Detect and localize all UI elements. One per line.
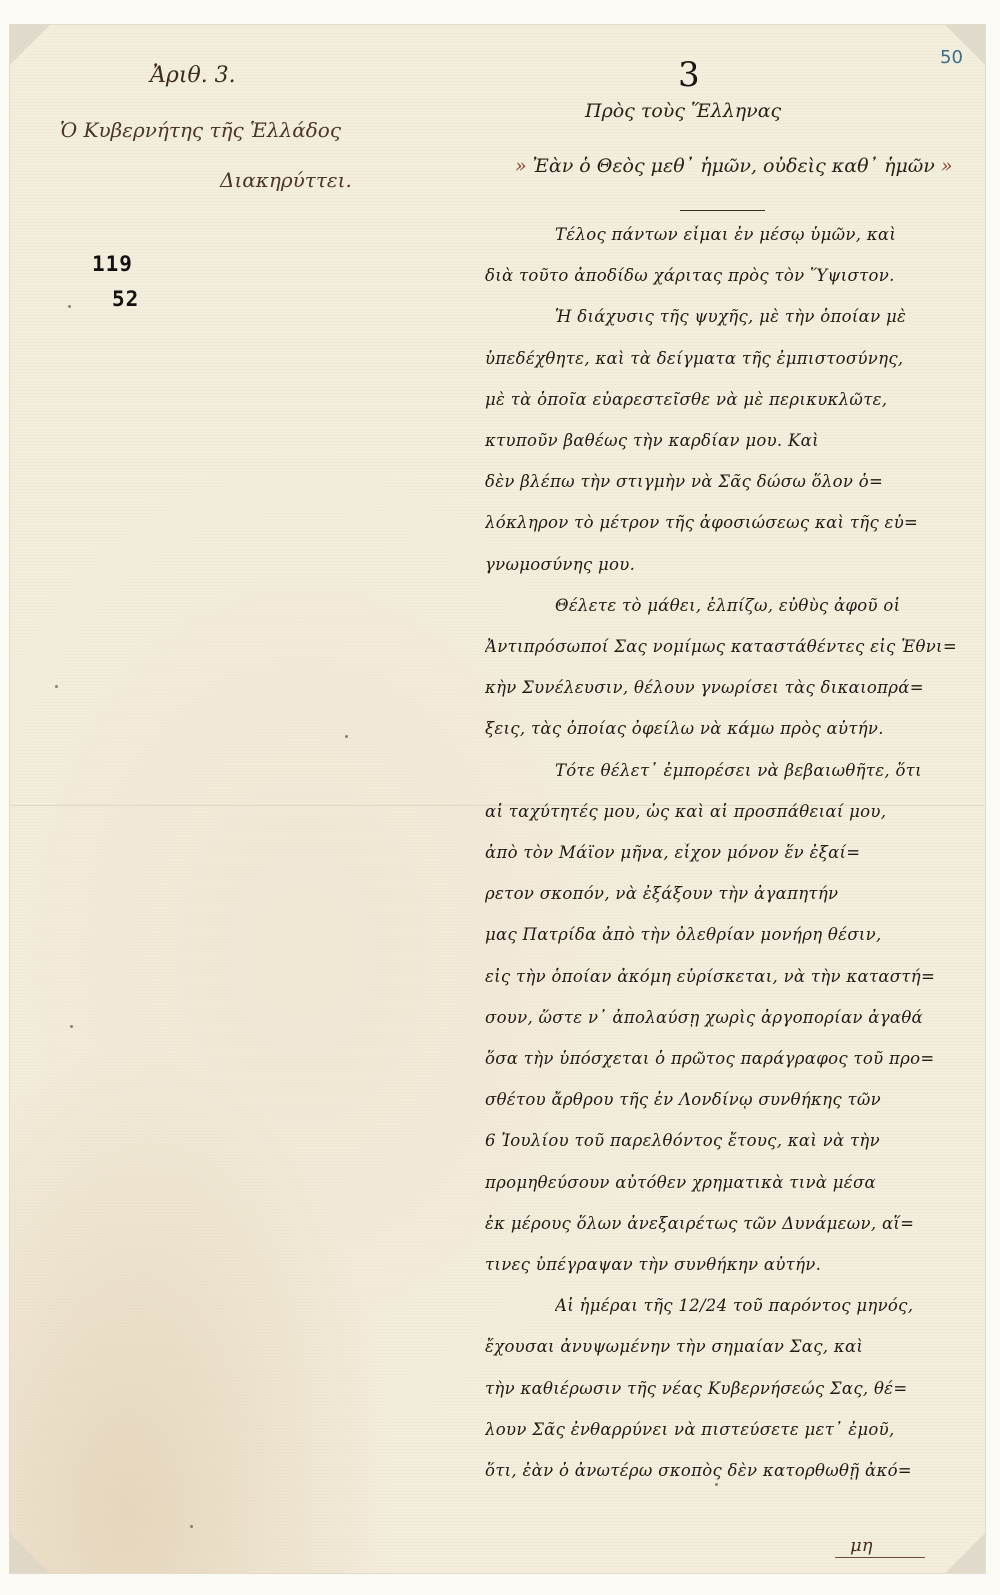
manuscript-line: εἰς τὴν ὁποίαν ἀκόμη εὑρίσκεται, νὰ τὴν … bbox=[485, 967, 965, 986]
manuscript-line: προμηθεύσουν αὐτόθεν χρηματικὰ τινὰ μέσα bbox=[485, 1173, 965, 1192]
manuscript-line: ρετον σκοπόν, νὰ ἐξάξουν τὴν ἀγαπητήν bbox=[485, 884, 965, 903]
manuscript-line: ὑπεδέχθητε, καὶ τὰ δείγματα τῆς ἐμπιστοσ… bbox=[485, 349, 965, 368]
manuscript-line: σουν, ὥστε ν᾽ ἀπολαύσῃ χωρὶς ἀργοπορίαν … bbox=[485, 1008, 965, 1027]
manuscript-line: δὲν βλέπω τὴν στιγμὴν νὰ Σᾶς δώσω ὅλον ὁ… bbox=[485, 472, 965, 491]
ink-speck bbox=[68, 305, 71, 308]
manuscript-scan: Ἀριθ. 3. Ὁ Κυβερνήτης τῆς Ἑλλάδος Διακηρ… bbox=[0, 0, 1000, 1595]
manuscript-line: 6 Ἰουλίου τοῦ παρελθόντος ἔτους, καὶ νὰ … bbox=[485, 1131, 965, 1150]
manuscript-line: ἀπὸ τὸν Μάϊον μῆνα, εἶχον μόνον ἕν ἐξαί= bbox=[485, 843, 965, 862]
manuscript-line: μας Πατρίδα ἀπὸ τὴν ὀλεθρίαν μονήρη θέσι… bbox=[485, 925, 965, 944]
manuscript-line: διὰ τοῦτο ἀποδίδω χάριτας πρὸς τὸν Ὕψιστ… bbox=[485, 266, 965, 285]
manuscript-line: Αἱ ἡμέραι τῆς 12/24 τοῦ παρόντος μηνός, bbox=[555, 1296, 965, 1315]
manuscript-line: Ἀντιπρόσωποί Σας νομίμως καταστάθέντες ε… bbox=[485, 637, 965, 656]
ink-speck bbox=[345, 735, 348, 738]
ink-speck bbox=[715, 1483, 718, 1486]
manuscript-line: κτυποῦν βαθέως τὴν καρδίαν μου. Καὶ bbox=[485, 431, 965, 450]
ink-speck bbox=[70, 1025, 73, 1028]
manuscript-line: μὲ τὰ ὁποῖα εὐαρεστεῖσθε νὰ μὲ περικυκλῶ… bbox=[485, 390, 965, 409]
manuscript-line: Τότε θέλετ᾽ ἐμπορέσει νὰ βεβαιωθῆτε, ὅτι bbox=[555, 761, 965, 780]
ink-speck bbox=[190, 1525, 193, 1528]
manuscript-line: Ἡ διάχυσις τῆς ψυχῆς, μὲ τὴν ὁποίαν μὲ bbox=[555, 307, 965, 326]
ink-speck bbox=[55, 685, 58, 688]
manuscript-line: λόκληρον τὸ μέτρον τῆς ἀφοσιώσεως καὶ τῆ… bbox=[485, 513, 965, 532]
manuscript-line: κὴν Συνέλευσιν, θέλουν γνωρίσει τὰς δικα… bbox=[485, 678, 965, 697]
manuscript-line: αἱ ταχύτητές μου, ὡς καὶ αἱ προσπάθειαί … bbox=[485, 802, 965, 821]
manuscript-line: Τέλος πάντων εἶμαι ἐν μέσῳ ὑμῶν, καὶ bbox=[555, 225, 965, 244]
manuscript-page: Ἀριθ. 3. Ὁ Κυβερνήτης τῆς Ἑλλάδος Διακηρ… bbox=[10, 25, 985, 1573]
manuscript-line: ὅτι, ἐὰν ὁ ἀνωτέρω σκοπὸς δὲν κατορθωθῇ … bbox=[485, 1461, 965, 1480]
manuscript-line: λουν Σᾶς ἐνθαρρύνει νὰ πιστεύσετε μετ᾽ ἐ… bbox=[485, 1420, 965, 1439]
manuscript-line: τινες ὑπέγραψαν τὴν συνθήκην αὐτήν. bbox=[485, 1255, 965, 1274]
catchword-underline bbox=[835, 1557, 925, 1558]
manuscript-line: ξεις, τὰς ὁποίας ὀφείλω νὰ κάμω πρὸς αὐτ… bbox=[485, 719, 965, 738]
manuscript-line: γνωμοσύνης μου. bbox=[485, 555, 965, 574]
manuscript-line: ἔχουσαι ἀνυψωμένην τὴν σημαίαν Σας, καὶ bbox=[485, 1337, 965, 1356]
manuscript-body: Τέλος πάντων εἶμαι ἐν μέσῳ ὑμῶν, καὶδιὰ … bbox=[10, 25, 985, 1573]
manuscript-line: τὴν καθιέρωσιν τῆς νέας Κυβερνήσεώς Σας,… bbox=[485, 1379, 965, 1398]
manuscript-line: Θέλετε τὸ μάθει, ἐλπίζω, εὐθὺς ἀφοῦ οἱ bbox=[555, 596, 965, 615]
manuscript-line: ἐκ μέρους ὅλων ἀνεξαιρέτως τῶν Δυνάμεων,… bbox=[485, 1214, 965, 1233]
manuscript-line: σθέτου ἄρθρου τῆς ἐν Λονδίνῳ συνθήκης τῶ… bbox=[485, 1090, 965, 1109]
manuscript-line: ὅσα τὴν ὑπόσχεται ὁ πρῶτος παράγραφος το… bbox=[485, 1049, 965, 1068]
catchword: μη bbox=[850, 1535, 872, 1556]
